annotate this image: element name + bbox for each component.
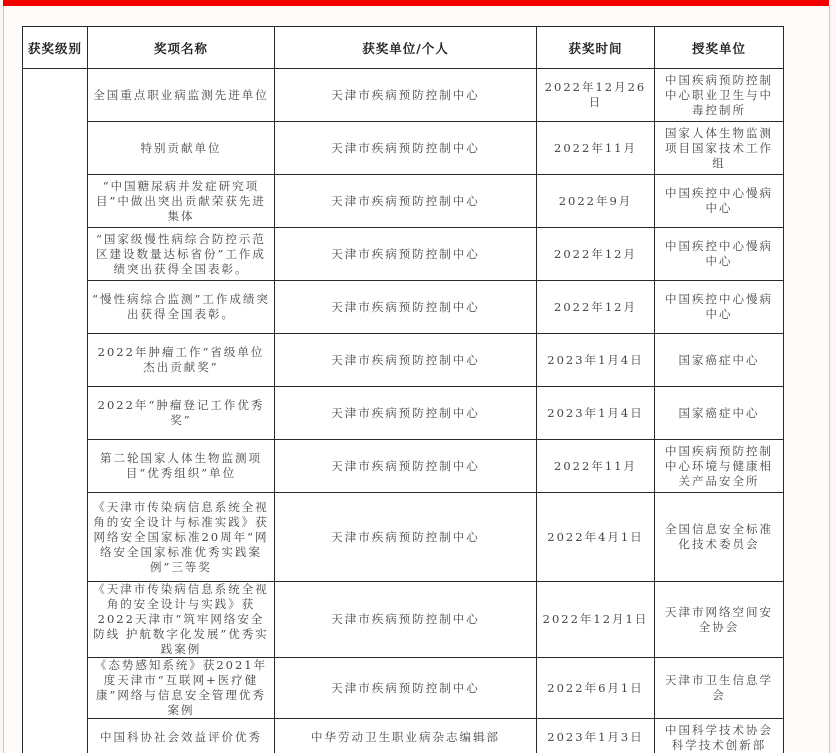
table-row: 2022年“肿瘤登记工作优秀奖” 天津市疾病预防控制中心 2023年1月4日 国… xyxy=(23,387,784,440)
award-date: 2022年12月 xyxy=(537,281,655,334)
award-date: 2022年12月26日 xyxy=(537,69,655,122)
award-name: “国家级慢性病综合防控示范区建设数量达标省份”工作成绩突出获得全国表彰。 xyxy=(88,228,275,281)
award-name: 特别贡献单位 xyxy=(88,122,275,175)
header-issuer: 授奖单位 xyxy=(655,27,784,69)
issuer: 中国疾病预防控制中心环境与健康相关产品安全所 xyxy=(655,440,784,493)
table-row: “中国糖尿病并发症研究项目”中做出突出贡献荣获先进集体 天津市疾病预防控制中心 … xyxy=(23,175,784,228)
recipient: 天津市疾病预防控制中心 xyxy=(275,175,537,228)
issuer: 中国疾控中心慢病中心 xyxy=(655,228,784,281)
table-row: 《态势感知系统》获2021年度天津市“互联网+医疗健康”网络与信息安全管理优秀案… xyxy=(23,658,784,719)
award-date: 2022年12月1日 xyxy=(537,582,655,658)
award-name: 2022年“肿瘤登记工作优秀奖” xyxy=(88,387,275,440)
issuer: 天津市网络空间安全协会 xyxy=(655,582,784,658)
header-level: 获奖级别 xyxy=(23,27,88,69)
award-name: 2022年肿瘤工作“省级单位杰出贡献奖” xyxy=(88,334,275,387)
issuer: 国家癌症中心 xyxy=(655,387,784,440)
recipient: 天津市疾病预防控制中心 xyxy=(275,281,537,334)
recipient: 天津市疾病预防控制中心 xyxy=(275,228,537,281)
award-level-cell xyxy=(23,69,88,753)
award-name: 《态势感知系统》获2021年度天津市“互联网+医疗健康”网络与信息安全管理优秀案… xyxy=(88,658,275,719)
award-date: 2022年6月1日 xyxy=(537,658,655,719)
issuer: 国家癌症中心 xyxy=(655,334,784,387)
recipient: 天津市疾病预防控制中心 xyxy=(275,582,537,658)
page-edge-right xyxy=(829,6,830,753)
header-row: 获奖级别 奖项名称 获奖单位/个人 获奖时间 授奖单位 xyxy=(23,27,784,69)
header-award: 奖项名称 xyxy=(88,27,275,69)
recipient: 天津市疾病预防控制中心 xyxy=(275,334,537,387)
award-date: 2023年1月3日 xyxy=(537,719,655,753)
award-date: 2022年4月1日 xyxy=(537,493,655,582)
award-name: 中国科协社会效益评价优秀 xyxy=(88,719,275,753)
awards-table: 获奖级别 奖项名称 获奖单位/个人 获奖时间 授奖单位 全国重点职业病监测先进单… xyxy=(22,26,784,753)
table-row: 全国重点职业病监测先进单位 天津市疾病预防控制中心 2022年12月26日 中国… xyxy=(23,69,784,122)
table-row: 第二轮国家人体生物监测项目“优秀组织”单位 天津市疾病预防控制中心 2022年1… xyxy=(23,440,784,493)
header-recipient: 获奖单位/个人 xyxy=(275,27,537,69)
table-row: 《天津市传染病信息系统全视角的安全设计与标准实践》获网络安全国家标准20周年“网… xyxy=(23,493,784,582)
award-name: “慢性病综合监测”工作成绩突出获得全国表彰。 xyxy=(88,281,275,334)
issuer: 中国科学技术协会科学技术创新部 xyxy=(655,719,784,753)
award-name: “中国糖尿病并发症研究项目”中做出突出贡献荣获先进集体 xyxy=(88,175,275,228)
table-row: 中国科协社会效益评价优秀 中华劳动卫生职业病杂志编辑部 2023年1月3日 中国… xyxy=(23,719,784,753)
table-row: 特别贡献单位 天津市疾病预防控制中心 2022年11月 国家人体生物监测项目国家… xyxy=(23,122,784,175)
issuer: 天津市卫生信息学会 xyxy=(655,658,784,719)
header-date: 获奖时间 xyxy=(537,27,655,69)
award-name: 《天津市传染病信息系统全视角的安全设计与标准实践》获网络安全国家标准20周年“网… xyxy=(88,493,275,582)
issuer: 中国疾病预防控制中心职业卫生与中毒控制所 xyxy=(655,69,784,122)
issuer: 国家人体生物监测项目国家技术工作组 xyxy=(655,122,784,175)
recipient: 天津市疾病预防控制中心 xyxy=(275,387,537,440)
award-name: 《天津市传染病信息系统全视角的安全设计与实践》获2022天津市“筑牢网络安全防线… xyxy=(88,582,275,658)
award-date: 2022年11月 xyxy=(537,122,655,175)
table-row: “慢性病综合监测”工作成绩突出获得全国表彰。 天津市疾病预防控制中心 2022年… xyxy=(23,281,784,334)
table-row: “国家级慢性病综合防控示范区建设数量达标省份”工作成绩突出获得全国表彰。 天津市… xyxy=(23,228,784,281)
issuer: 中国疾控中心慢病中心 xyxy=(655,281,784,334)
recipient: 天津市疾病预防控制中心 xyxy=(275,69,537,122)
table-row: 《天津市传染病信息系统全视角的安全设计与实践》获2022天津市“筑牢网络安全防线… xyxy=(23,582,784,658)
issuer: 中国疾控中心慢病中心 xyxy=(655,175,784,228)
award-date: 2022年11月 xyxy=(537,440,655,493)
recipient: 天津市疾病预防控制中心 xyxy=(275,440,537,493)
award-date: 2023年1月4日 xyxy=(537,387,655,440)
award-name: 第二轮国家人体生物监测项目“优秀组织”单位 xyxy=(88,440,275,493)
recipient: 天津市疾病预防控制中心 xyxy=(275,493,537,582)
recipient: 中华劳动卫生职业病杂志编辑部 xyxy=(275,719,537,753)
award-date: 2022年12月 xyxy=(537,228,655,281)
issuer: 全国信息安全标准化技术委员会 xyxy=(655,493,784,582)
recipient: 天津市疾病预防控制中心 xyxy=(275,122,537,175)
recipient: 天津市疾病预防控制中心 xyxy=(275,658,537,719)
table-row: 2022年肿瘤工作“省级单位杰出贡献奖” 天津市疾病预防控制中心 2023年1月… xyxy=(23,334,784,387)
award-date: 2023年1月4日 xyxy=(537,334,655,387)
award-date: 2022年9月 xyxy=(537,175,655,228)
award-name: 全国重点职业病监测先进单位 xyxy=(88,69,275,122)
